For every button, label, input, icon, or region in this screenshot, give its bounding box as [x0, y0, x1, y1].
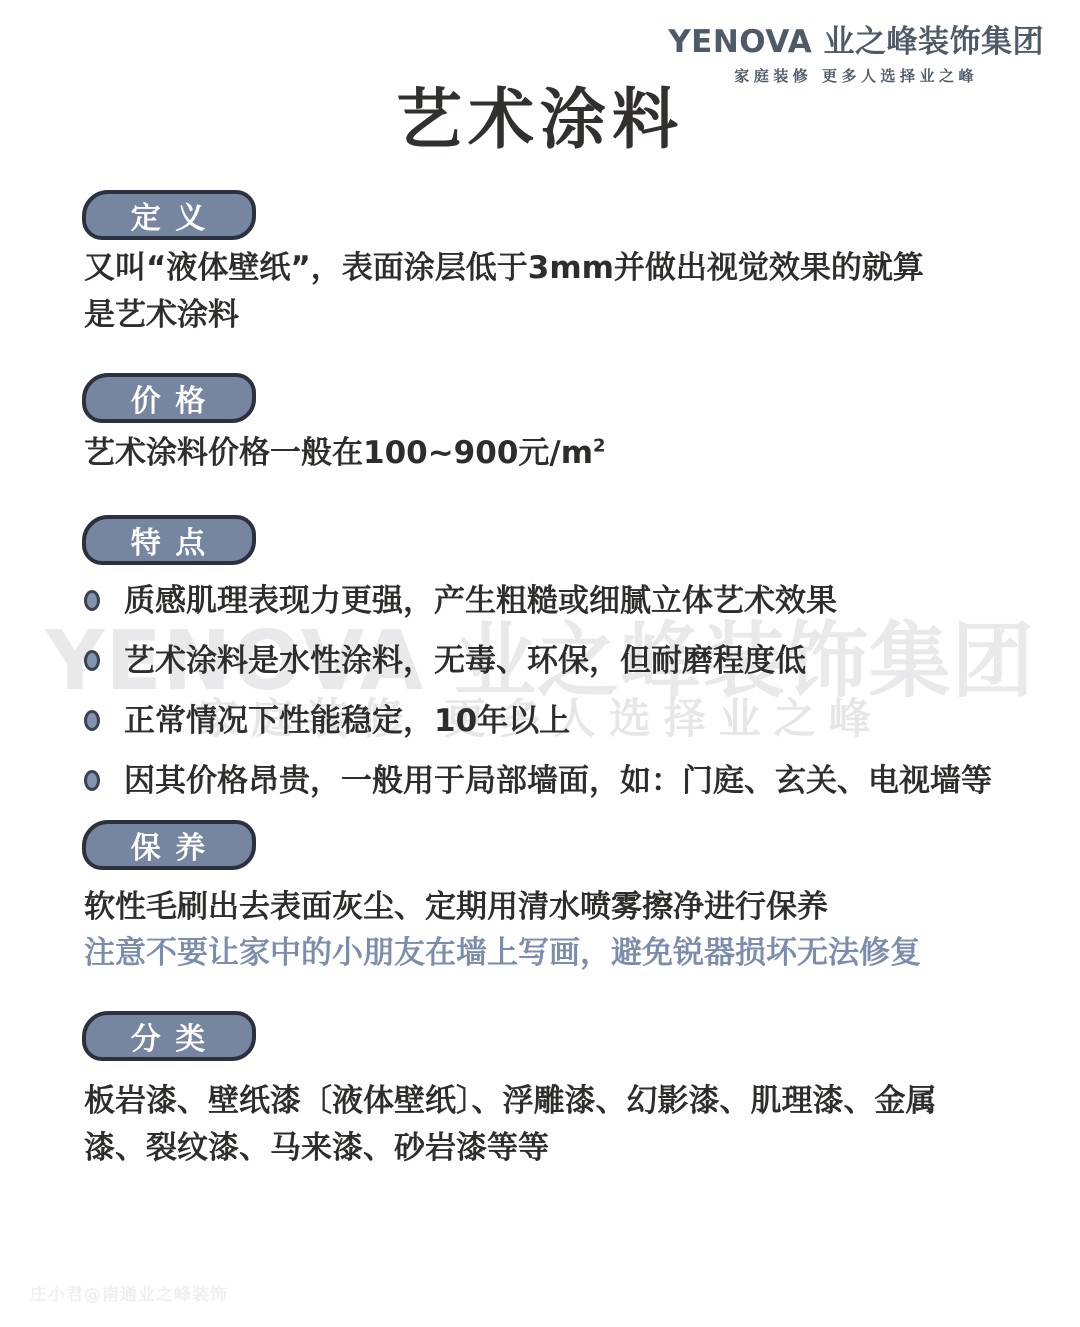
features-list: 质感肌理表现力更强，产生粗糙或细腻立体艺术效果 艺术涂料是水性涂料，无毒、环保，…: [84, 579, 992, 804]
bullet-icon: [84, 650, 100, 671]
care-note: 注意不要让家中的小朋友在墙上写画，避免锐器损坏无法修复: [84, 930, 921, 977]
list-item: 因其价格昂贵，一般用于局部墙面，如：门庭、玄关、电视墙等: [84, 759, 992, 804]
list-item: 艺术涂料是水性涂料，无毒、环保，但耐磨程度低: [84, 639, 992, 684]
feature-text: 质感肌理表现力更强，产生粗糙或细腻立体艺术效果: [124, 579, 837, 624]
price-text: 艺术涂料价格一般在100~900元/m2: [84, 430, 606, 477]
definition-line-2: 是艺术涂料: [84, 292, 924, 339]
page-title: 艺术涂料: [0, 66, 1080, 161]
classification-line-1: 板岩漆、壁纸漆〔液体壁纸〕、浮雕漆、幻影漆、肌理漆、金属: [84, 1078, 937, 1125]
classification-text: 板岩漆、壁纸漆〔液体壁纸〕、浮雕漆、幻影漆、肌理漆、金属 漆、裂纹漆、马来漆、砂…: [84, 1078, 937, 1171]
care-text: 软性毛刷出去表面灰尘、定期用清水喷雾擦净进行保养: [84, 884, 828, 931]
watermark-credit: 庄小君@南通业之峰装饰: [30, 1280, 228, 1305]
definition-line-1: 又叫“液体壁纸”，表面涂层低于3mm并做出视觉效果的就算: [84, 245, 924, 292]
feature-text: 正常情况下性能稳定，10年以上: [124, 699, 570, 744]
badge-price: 价 格: [82, 373, 256, 423]
list-item: 质感肌理表现力更强，产生粗糙或细腻立体艺术效果: [84, 579, 992, 624]
badge-features: 特 点: [82, 515, 256, 565]
definition-text: 又叫“液体壁纸”，表面涂层低于3mm并做出视觉效果的就算 是艺术涂料: [84, 245, 924, 338]
feature-text: 因其价格昂贵，一般用于局部墙面，如：门庭、玄关、电视墙等: [124, 759, 992, 804]
bullet-icon: [84, 710, 100, 731]
price-value: 艺术涂料价格一般在100~900元/m: [84, 435, 593, 471]
brand-logo-text: YENOVA 业之峰装饰集团: [668, 16, 1044, 61]
list-item: 正常情况下性能稳定，10年以上: [84, 699, 992, 744]
badge-definition: 定 义: [82, 190, 256, 240]
poster-canvas: YENOVA 业之峰装饰集团 家庭装修 更多人选择业之峰 庄小君@南通业之峰装饰…: [0, 0, 1080, 1327]
bullet-icon: [84, 590, 100, 611]
feature-text: 艺术涂料是水性涂料，无毒、环保，但耐磨程度低: [124, 639, 806, 684]
price-superscript: 2: [593, 436, 606, 457]
badge-care: 保 养: [82, 820, 256, 870]
badge-classification: 分 类: [82, 1011, 256, 1061]
bullet-icon: [84, 770, 100, 791]
classification-line-2: 漆、裂纹漆、马来漆、砂岩漆等等: [84, 1125, 937, 1172]
